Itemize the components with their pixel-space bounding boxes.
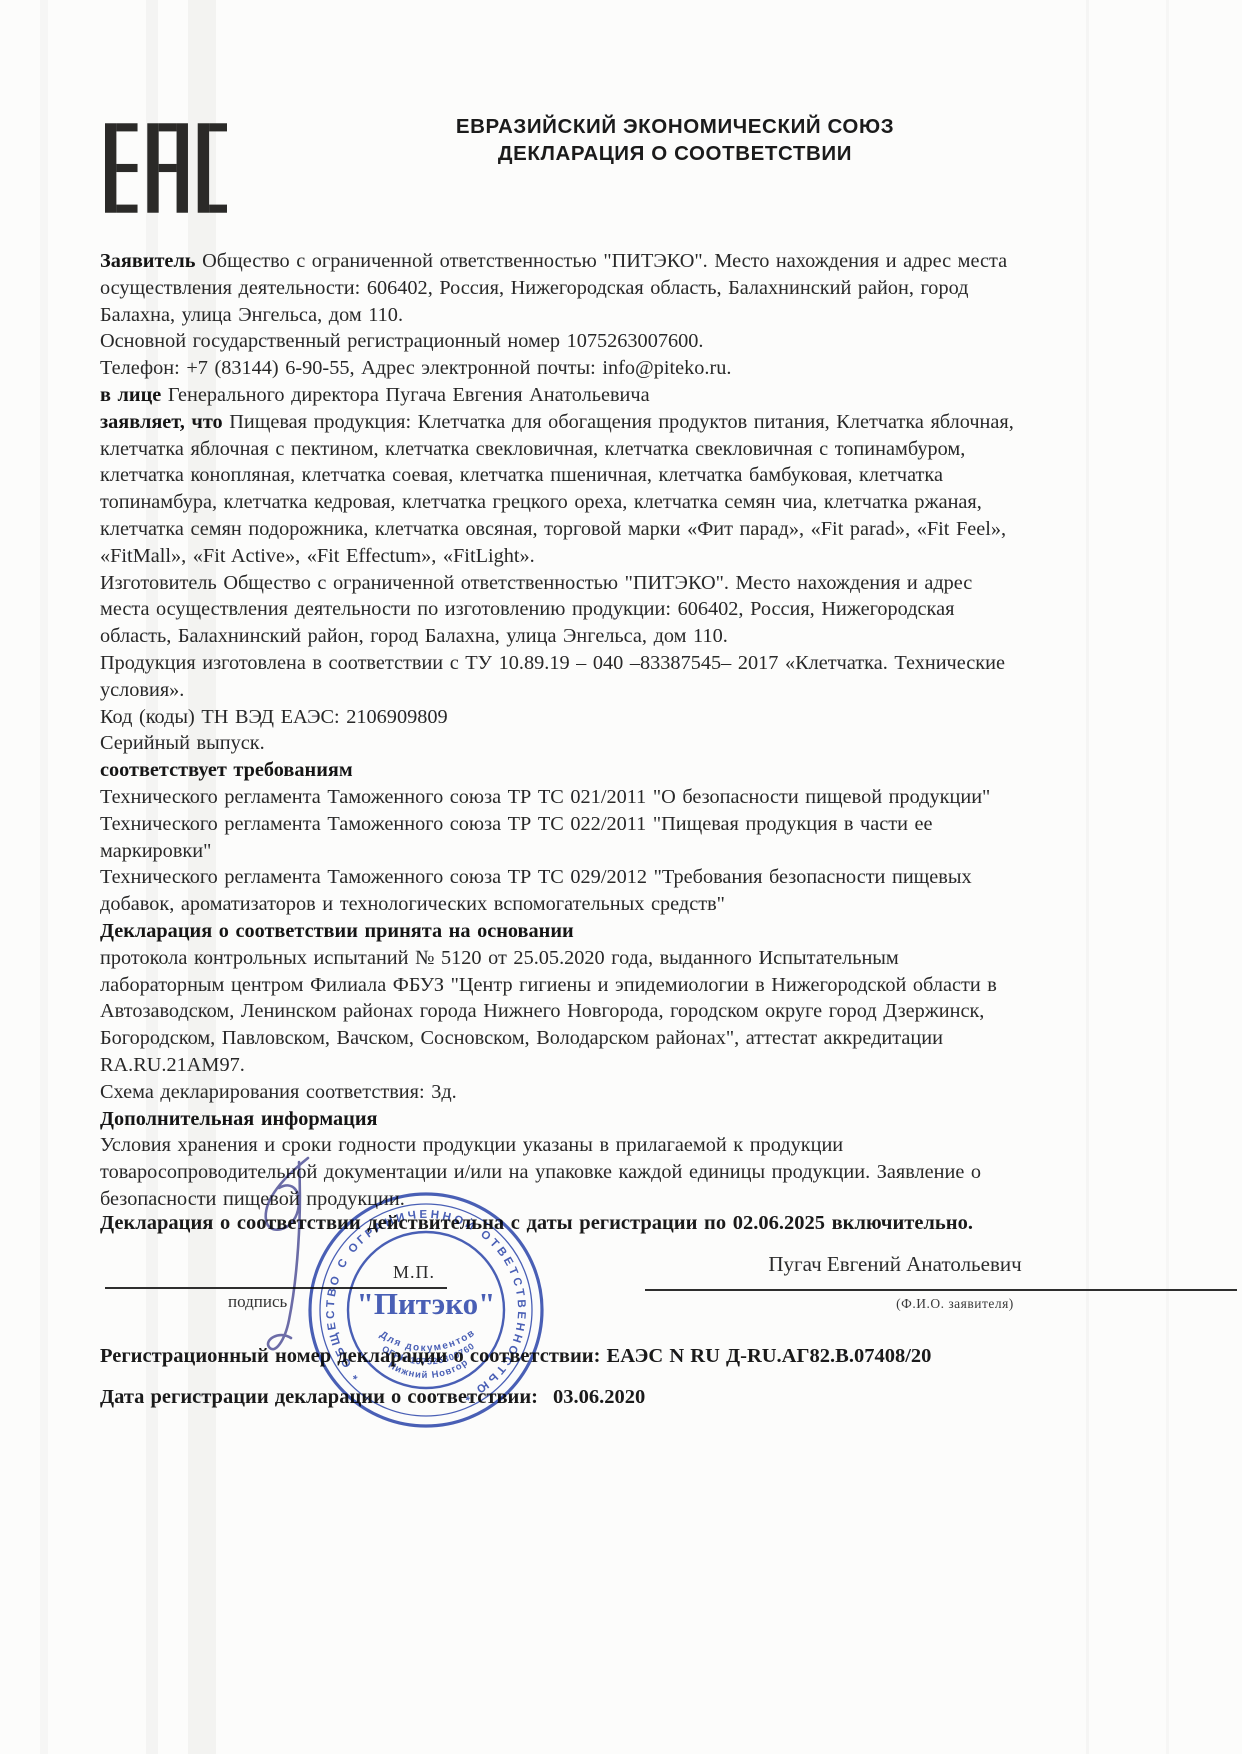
applicant-name-line [645,1289,1237,1291]
scan-streak [40,0,48,1754]
eac-logo [105,112,227,224]
body-line: Серийный выпуск. [100,730,1100,757]
body-line: Дополнительная информация [100,1106,1100,1133]
body-line: клетчатка конопляная, клетчатка соевая, … [100,462,1100,489]
body-line: Код (коды) ТН ВЭД ЕАЭС: 2106909809 [100,704,1100,731]
body-line: места осуществления деятельности по изго… [100,596,1100,623]
body-line: маркировки" [100,838,1100,865]
stamp-company-name: "Питэко" [357,1286,496,1321]
body-line: соответствует требованиям [100,757,1100,784]
body-line: топинамбура, клетчатка кедровая, клетчат… [100,489,1100,516]
body-line: заявляет, что Пищевая продукция: Клетчат… [100,409,1100,436]
body-line: Телефон: +7 (83144) 6-90-55, Адрес элект… [100,355,1100,382]
body-line: Технического регламента Таможенного союз… [100,811,1100,838]
scan-streak [1166,0,1169,1754]
body-line: Балахна, улица Энгельса, дом 110. [100,302,1100,329]
body-line: Декларация о соответствии принята на осн… [100,918,1100,945]
body-text: Заявитель Общество с ограниченной ответс… [100,248,1100,1213]
body-line: лабораторным центром Филиала ФБУЗ "Центр… [100,972,1100,999]
body-line: область, Балахнинский район, город Балах… [100,623,1100,650]
header-line-union: ЕВРАЗИЙСКИЙ ЭКОНОМИЧЕСКИЙ СОЮЗ [270,113,1080,140]
body-line: Заявитель Общество с ограниченной ответс… [100,248,1100,275]
body-line: условия». [100,677,1100,704]
header-line-declaration: ДЕКЛАРАЦИЯ О СООТВЕТСТВИИ [270,140,1080,167]
body-line: RA.RU.21AM97. [100,1052,1100,1079]
body-line: добавок, ароматизаторов и технологически… [100,891,1100,918]
body-line: Схема декларирования соответствия: 3д. [100,1079,1100,1106]
document-header: ЕВРАЗИЙСКИЙ ЭКОНОМИЧЕСКИЙ СОЮЗ ДЕКЛАРАЦИ… [270,113,1080,167]
registration-date-value: 03.06.2020 [553,1386,645,1408]
body-line: Автозаводском, Ленинском районах города … [100,998,1100,1025]
company-stamp: * ОБЩЕСТВО С ОГРАНИЧЕННОЙ ОТВЕТСТВЕННОСТ… [306,1190,546,1430]
body-line: «FitMall», «Fit Active», «Fit Effectum»,… [100,543,1100,570]
body-line: в лице Генерального директора Пугача Евг… [100,382,1100,409]
body-line: клетчатка семян подорожника, клетчатка о… [100,516,1100,543]
body-line: протокола контрольных испытаний № 5120 о… [100,945,1100,972]
body-line: Технического регламента Таможенного союз… [100,864,1100,891]
applicant-name: Пугач Евгений Анатольевич [645,1252,1145,1277]
body-line: Изготовитель Общество с ограниченной отв… [100,570,1100,597]
body-line: Технического регламента Таможенного союз… [100,784,1100,811]
body-line: осуществления деятельности: 606402, Росс… [100,275,1100,302]
body-line: клетчатка яблочная с пектином, клетчатка… [100,436,1100,463]
body-line: Основной государственный регистрационный… [100,328,1100,355]
body-line: Продукция изготовлена в соответствии с Т… [100,650,1100,677]
body-line: Богородском, Павловском, Вачском, Соснов… [100,1025,1100,1052]
document-page: ЕВРАЗИЙСКИЙ ЭКОНОМИЧЕСКИЙ СОЮЗ ДЕКЛАРАЦИ… [0,0,1242,1754]
applicant-name-caption: (Ф.И.О. заявителя) [745,1296,1165,1312]
